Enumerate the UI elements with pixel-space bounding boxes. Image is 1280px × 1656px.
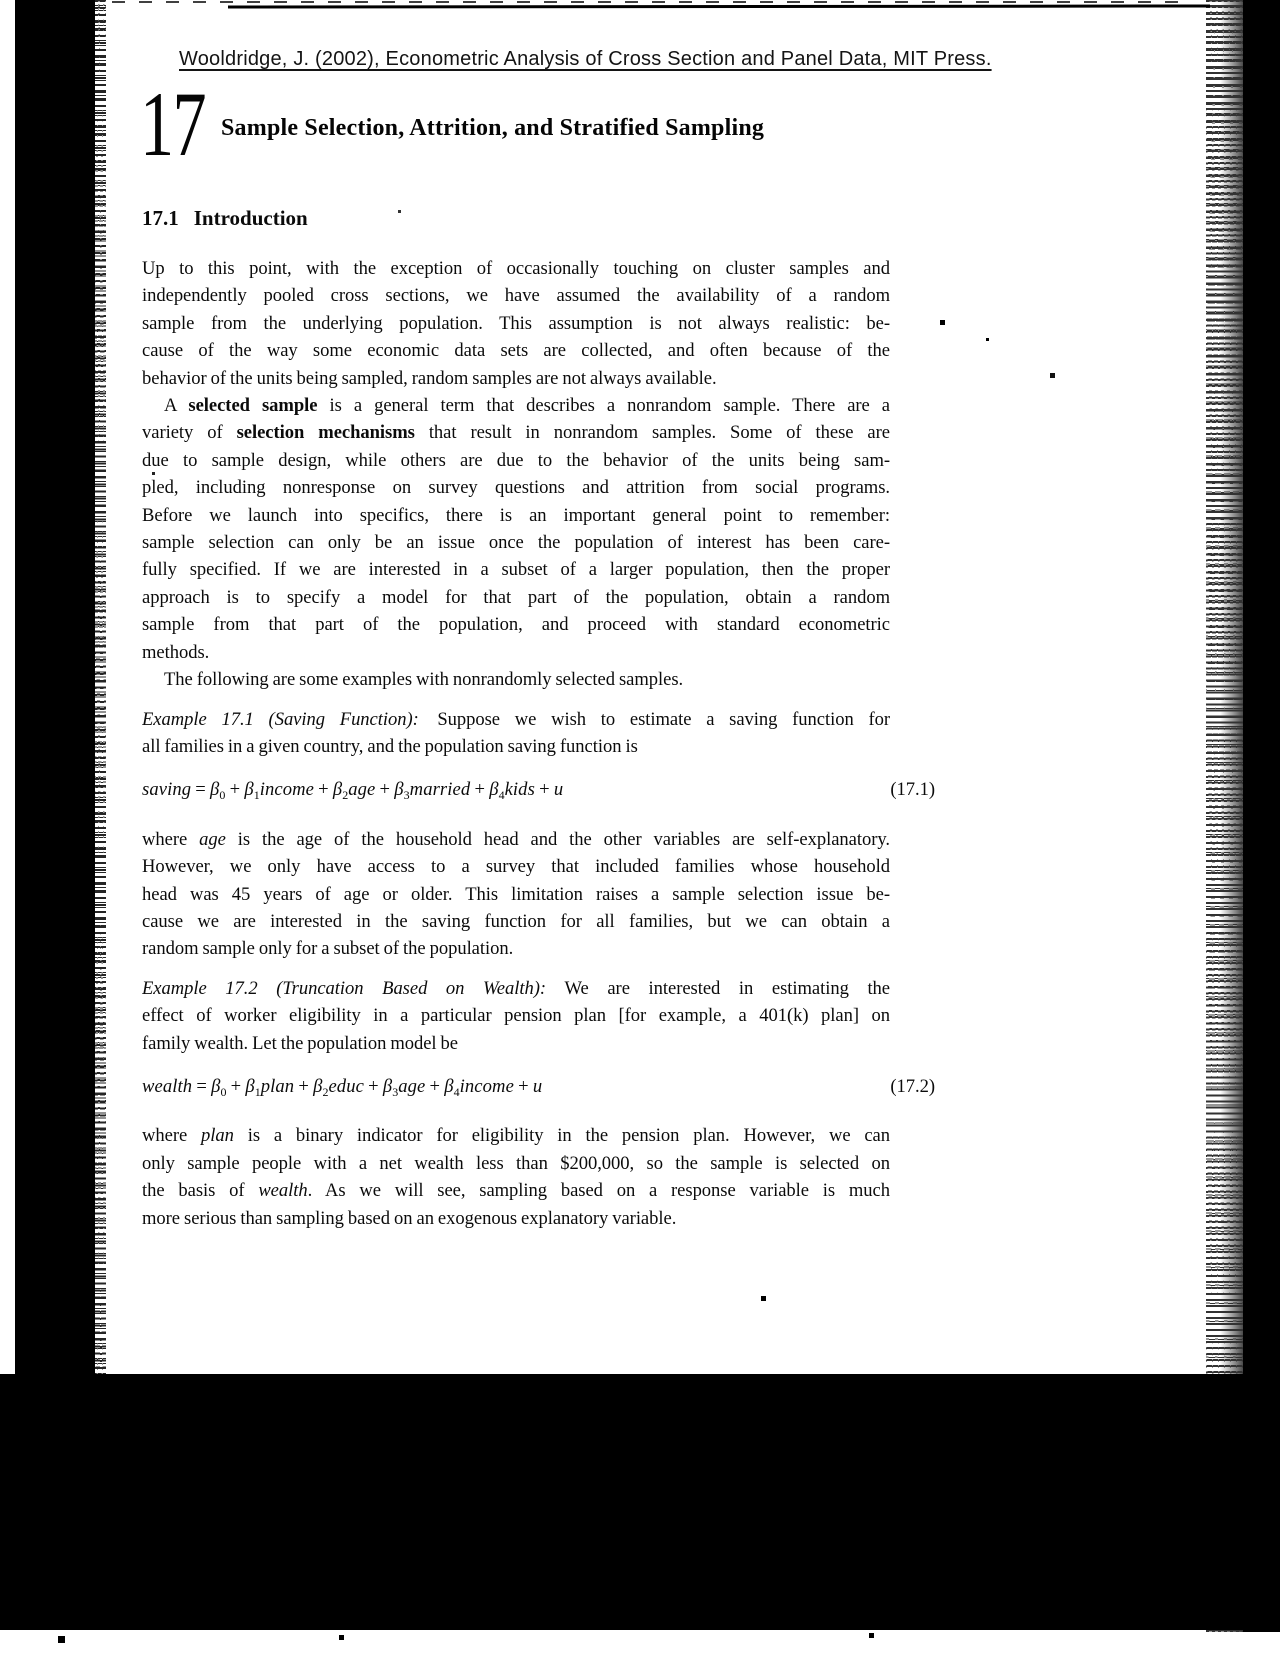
- text-line: behavior of the units being sampled, ran…: [142, 365, 890, 392]
- text-segment: approach is to specify a model for that …: [142, 587, 890, 608]
- paragraph: where plan is a binary indicator for eli…: [142, 1122, 890, 1232]
- text-segment: u: [554, 779, 563, 800]
- paragraph: Example 17.2 (Truncation Based on Wealth…: [142, 975, 890, 1057]
- text-segment: β: [383, 1076, 392, 1097]
- text-segment: However, we only have access to a survey…: [142, 856, 890, 877]
- paragraph: The following are some examples with non…: [142, 666, 890, 693]
- text-segment: kids: [505, 779, 535, 800]
- text-line: due to sample design, while others are d…: [142, 447, 890, 474]
- scan-edge-left-noise: [93, 0, 106, 1380]
- text-segment: sample selection can only be an issue on…: [142, 532, 890, 553]
- equation: wealth = β0 + β1plan + β2educ + β3age + …: [142, 1073, 890, 1106]
- text-line: head was 45 years of age or older. This …: [142, 881, 890, 908]
- scan-edge-top-dashes: [112, 1, 1192, 3]
- text-line: independently pooled cross sections, we …: [142, 282, 890, 309]
- text-segment: wealth: [258, 1180, 307, 1201]
- text-line: more serious than sampling based on an e…: [142, 1205, 890, 1232]
- text-segment: cause of the way some economic data sets…: [142, 340, 890, 361]
- text-line: variety of selection mechanisms that res…: [142, 419, 890, 446]
- section-title: Introduction: [194, 206, 308, 230]
- equation-number: (17.2): [890, 1073, 935, 1100]
- text-segment: β: [333, 779, 342, 800]
- text-segment: +: [535, 779, 554, 800]
- paragraph: Up to this point, with the exception of …: [142, 255, 890, 392]
- equation-body: wealth = β0 + β1plan + β2educ + β3age + …: [142, 1076, 542, 1097]
- equation: saving = β0 + β1income + β2age + β3marri…: [142, 776, 890, 809]
- text-segment: β: [489, 779, 498, 800]
- text-segment: sample from the underlying population. T…: [142, 313, 890, 334]
- text-segment: Suppose we wish to estimate a saving fun…: [419, 709, 890, 730]
- text-segment: β: [444, 1076, 453, 1097]
- text-segment: +: [364, 1076, 383, 1097]
- text-segment: is the age of the household head and the…: [226, 829, 890, 850]
- text-segment: fully specified. If we are interested in…: [142, 559, 890, 580]
- text-segment: more serious than sampling based on an e…: [142, 1208, 676, 1229]
- text-segment: random sample only for a subset of the p…: [142, 938, 513, 959]
- text-segment: +: [314, 779, 333, 800]
- equation-body: saving = β0 + β1income + β2age + β3marri…: [142, 779, 563, 800]
- text-segment: selected sample: [188, 395, 317, 416]
- text-segment: the basis of: [142, 1180, 258, 1201]
- text-segment: . As we will see, sampling based on a re…: [308, 1180, 890, 1201]
- text-line: The following are some examples with non…: [142, 666, 890, 693]
- source-citation: Wooldridge, J. (2002), Econometric Analy…: [179, 48, 992, 71]
- text-segment: +: [375, 779, 394, 800]
- text-segment: A: [164, 395, 188, 416]
- text-line: Example 17.1 (Saving Function): Suppose …: [142, 706, 890, 733]
- text-segment: wealth: [142, 1076, 192, 1097]
- text-line: where age is the age of the household he…: [142, 826, 890, 853]
- text-segment: only sample people with a net wealth les…: [142, 1153, 890, 1174]
- text-segment: β: [245, 1076, 254, 1097]
- scan-noise-dots: [0, 0, 3, 3]
- paragraph: A selected sample is a general term that…: [142, 392, 890, 666]
- text-segment: age: [199, 829, 226, 850]
- text-segment: β: [244, 779, 253, 800]
- text-segment: =: [192, 1076, 211, 1097]
- text-segment: age: [348, 779, 375, 800]
- text-segment: income: [460, 1076, 514, 1097]
- text-line: Example 17.2 (Truncation Based on Wealth…: [142, 975, 890, 1002]
- text-line: fully specified. If we are interested in…: [142, 556, 890, 583]
- text-segment: pled, including nonresponse on survey qu…: [142, 477, 890, 498]
- text-segment: saving: [142, 779, 191, 800]
- text-line: Up to this point, with the exception of …: [142, 255, 890, 282]
- text-line: sample from the underlying population. T…: [142, 310, 890, 337]
- text-segment: cause we are interested in the saving fu…: [142, 911, 890, 932]
- text-segment: +: [294, 1076, 313, 1097]
- text-segment: where: [142, 829, 199, 850]
- text-segment: variety of: [142, 422, 237, 443]
- text-segment: Example 17.1 (Saving Function):: [142, 709, 419, 730]
- text-line: the basis of wealth. As we will see, sam…: [142, 1177, 890, 1204]
- text-segment: where: [142, 1125, 201, 1146]
- text-segment: income: [260, 779, 314, 800]
- text-line: A selected sample is a general term that…: [142, 392, 890, 419]
- text-segment: +: [425, 1076, 444, 1097]
- text-segment: +: [225, 779, 244, 800]
- text-segment: behavior of the units being sampled, ran…: [142, 368, 717, 389]
- text-segment: We are interested in estimating the: [546, 978, 890, 999]
- text-segment: all families in a given country, and the…: [142, 736, 638, 757]
- scan-edge-bottom-band: [0, 1374, 1280, 1630]
- text-line: all families in a given country, and the…: [142, 733, 890, 760]
- text-segment: +: [226, 1076, 245, 1097]
- text-segment: effect of worker eligibility in a partic…: [142, 1005, 890, 1026]
- text-line: sample selection can only be an issue on…: [142, 529, 890, 556]
- text-line: random sample only for a subset of the p…: [142, 935, 890, 962]
- text-segment: educ: [328, 1076, 364, 1097]
- text-segment: age: [398, 1076, 425, 1097]
- text-segment: Before we launch into specifics, there i…: [142, 505, 890, 526]
- text-segment: is a general term that describes a nonra…: [317, 395, 890, 416]
- text-line: effect of worker eligibility in a partic…: [142, 1002, 890, 1029]
- body-column: Up to this point, with the exception of …: [142, 255, 890, 1232]
- text-segment: is a binary indicator for eligibility in…: [234, 1125, 890, 1146]
- text-segment: Example 17.2 (Truncation Based on Wealth…: [142, 978, 546, 999]
- text-segment: due to sample design, while others are d…: [142, 450, 890, 471]
- text-line: methods.: [142, 639, 890, 666]
- text-segment: =: [191, 779, 210, 800]
- text-segment: methods.: [142, 642, 209, 663]
- text-segment: u: [533, 1076, 542, 1097]
- chapter-title: Sample Selection, Attrition, and Stratif…: [221, 115, 764, 142]
- text-segment: +: [470, 779, 489, 800]
- text-line: approach is to specify a model for that …: [142, 584, 890, 611]
- text-segment: married: [410, 779, 471, 800]
- text-segment: The following are some examples with non…: [164, 669, 683, 690]
- text-segment: that result in nonrandom samples. Some o…: [415, 422, 890, 443]
- text-line: family wealth. Let the population model …: [142, 1030, 890, 1057]
- text-line: Before we launch into specifics, there i…: [142, 502, 890, 529]
- paragraph: Example 17.1 (Saving Function): Suppose …: [142, 706, 890, 761]
- text-segment: head was 45 years of age or older. This …: [142, 884, 890, 905]
- text-line: where plan is a binary indicator for eli…: [142, 1122, 890, 1149]
- text-segment: Up to this point, with the exception of …: [142, 258, 890, 279]
- text-line: cause we are interested in the saving fu…: [142, 908, 890, 935]
- scan-edge-top-line: [228, 4, 1210, 8]
- scan-edge-left-bar: [15, 0, 95, 1380]
- text-segment: +: [514, 1076, 533, 1097]
- text-line: However, we only have access to a survey…: [142, 853, 890, 880]
- text-line: only sample people with a net wealth les…: [142, 1150, 890, 1177]
- text-segment: sample from that part of the population,…: [142, 614, 890, 635]
- text-segment: family wealth. Let the population model …: [142, 1033, 458, 1054]
- section-heading: 17.1Introduction: [142, 206, 308, 231]
- chapter-number: 17: [140, 78, 205, 170]
- paragraph: where age is the age of the household he…: [142, 826, 890, 963]
- text-line: cause of the way some economic data sets…: [142, 337, 890, 364]
- section-number: 17.1: [142, 206, 179, 230]
- text-segment: independently pooled cross sections, we …: [142, 285, 890, 306]
- text-segment: plan: [201, 1125, 234, 1146]
- text-segment: β: [394, 779, 403, 800]
- equation-number: (17.1): [890, 776, 935, 803]
- text-line: sample from that part of the population,…: [142, 611, 890, 638]
- text-line: pled, including nonresponse on survey qu…: [142, 474, 890, 501]
- text-segment: selection mechanisms: [237, 422, 415, 443]
- text-segment: plan: [261, 1076, 294, 1097]
- scan-page: Wooldridge, J. (2002), Econometric Analy…: [0, 0, 1280, 1656]
